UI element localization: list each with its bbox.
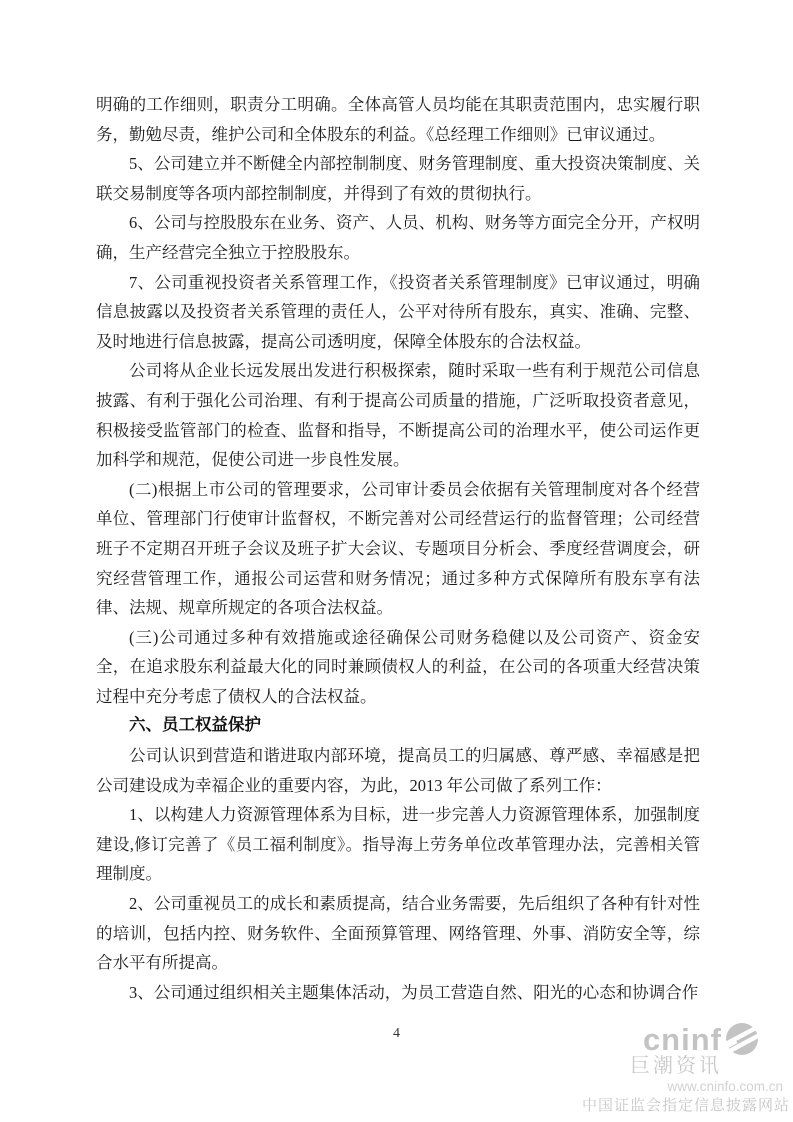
document-body: 明确的工作细则，职责分工明确。全体高管人员均能在其职责范围内，忠实履行职务，勤勉… — [96, 90, 700, 1007]
section-heading: 六、员工权益保护 — [96, 711, 700, 741]
cninfo-logo-row: cninf — [560, 1020, 760, 1058]
body-paragraph: 5、公司建立并不断健全内部控制制度、财务管理制度、重大投资决策制度、关联交易制度… — [96, 149, 700, 208]
body-paragraph: 7、公司重视投资者关系管理工作，《投资者关系管理制度》已审议通过，明确信息披露以… — [96, 268, 700, 357]
watermark-url: www.cninfo.com.cn — [560, 1079, 783, 1094]
body-paragraph: 2、公司重视员工的成长和素质提高，结合业务需要，先后组织了各种有针对性的培训，包… — [96, 889, 700, 978]
body-paragraph: (三)公司通过多种有效措施或途径确保公司财务稳健以及公司资产、资金安全，在追求股… — [96, 623, 700, 712]
body-paragraph: 3、公司通过组织相关主题集体活动，为员工营造自然、阳光的心态和协调合作 — [96, 978, 700, 1008]
body-paragraph: 1、以构建人力资源管理体系为目标，进一步完善人力资源管理体系，加强制度建设,修订… — [96, 800, 700, 889]
cninfo-watermark: cninf 巨潮资讯 www.cninfo.com.cn 中国证监会指定信息披露… — [560, 1020, 790, 1114]
watermark-brand-name: 巨潮资讯 — [560, 1054, 722, 1078]
cninfo-logo-text: cninf — [643, 1024, 722, 1055]
document-page: 明确的工作细则，职责分工明确。全体高管人员均能在其职责范围内，忠实履行职务，勤勉… — [0, 0, 793, 1122]
cninfo-globe-icon — [724, 1021, 760, 1057]
watermark-tagline: 中国证监会指定信息披露网站 — [560, 1097, 790, 1114]
body-paragraph: 公司将从企业长远发展出发进行积极探索，随时采取一些有利于规范公司信息披露、有利于… — [96, 356, 700, 474]
body-paragraph: 6、公司与控股股东在业务、资产、人员、机构、财务等方面完全分开，产权明确，生产经… — [96, 208, 700, 267]
body-paragraph: 公司认识到营造和谐进取内部环境，提高员工的归属感、尊严感、幸福感是把公司建设成为… — [96, 741, 700, 800]
body-paragraph: 明确的工作细则，职责分工明确。全体高管人员均能在其职责范围内，忠实履行职务，勤勉… — [96, 90, 700, 149]
body-paragraph: (二)根据上市公司的管理要求，公司审计委员会依据有关管理制度对各个经营单位、管理… — [96, 475, 700, 623]
